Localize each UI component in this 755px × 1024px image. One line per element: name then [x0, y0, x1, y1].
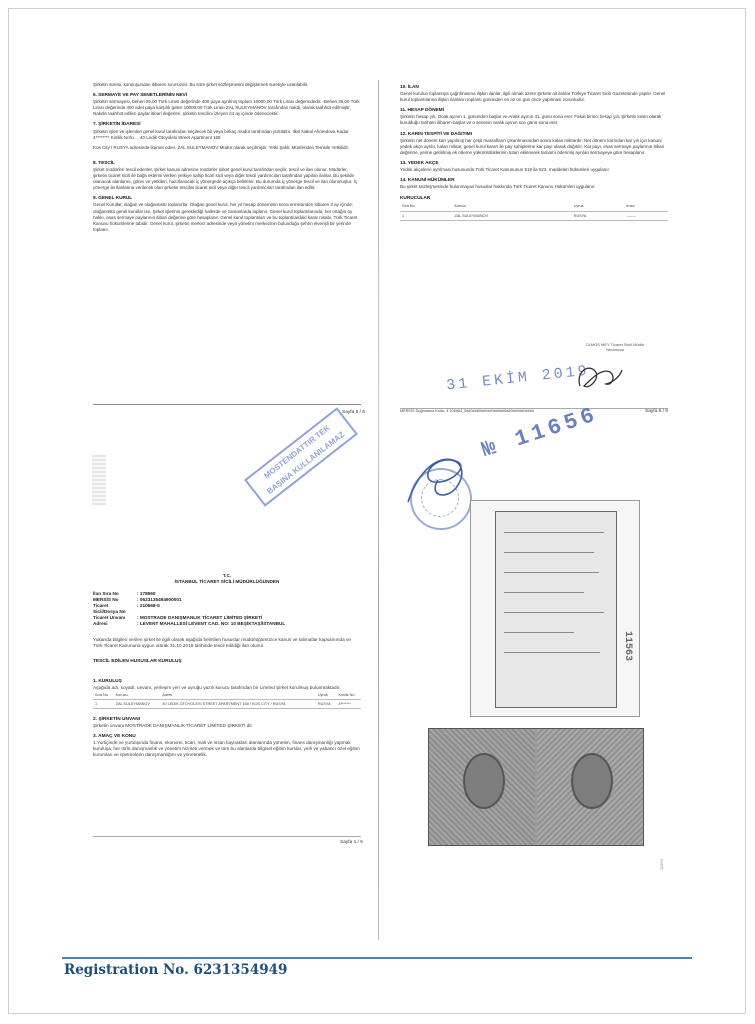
table-header: Kurucu: [453, 202, 572, 211]
table-cell: RUSYA: [316, 700, 337, 709]
intro-text: Şirketin süresi, kuruluşundan itibaren s…: [93, 82, 361, 88]
section-body: Aşağıda adı, soyadı, unvanı, yerleşim ye…: [93, 685, 361, 691]
table-cell: ZAL SULEYMANOV: [453, 211, 572, 220]
signature-label: OLMOS MEY Ticaret Sicili Müdür Yardımcıs…: [585, 342, 645, 352]
section-body: Genel kurulun toplantıya çağrılmasına il…: [400, 91, 668, 103]
page-rule: [93, 404, 361, 405]
table-cell: 1: [400, 211, 453, 220]
table-header: Uyruk: [316, 691, 337, 700]
table-cell: 1: [93, 700, 114, 709]
section-body: Genel Kurullar, olağan ve olağanüstü top…: [93, 202, 361, 232]
right-page-text: 10. İLAN Genel kurulun toplantıya çağrıl…: [400, 80, 668, 221]
field-row: Ticaret Sicil/Dosya No: 210668-5: [93, 603, 361, 615]
table-cell: 40 LEDIK OTOYOLESI STREET APARTMENT 168 …: [160, 700, 316, 709]
page-number: Sayfa 6 / 6: [645, 409, 668, 414]
field-key: Ticaret Sicil/Dosya No: [93, 603, 133, 615]
blue-signature-icon: [398, 432, 478, 522]
side-stamp-number: 11563: [659, 500, 664, 870]
table-cell: --------: [624, 211, 668, 220]
table-header: Uyruk: [572, 202, 625, 211]
page-rule: [93, 836, 361, 837]
signature-icon: [572, 356, 627, 396]
table-cell: 4*******: [336, 700, 361, 709]
mersis-line: MERSİS Doğrulama Kodu: 4 10##84_0##0##60…: [400, 409, 534, 413]
emblem-icon: [571, 753, 613, 809]
registry-page: T.C. İSTANBUL TİCARET SİCİLİ MÜDÜRLÜĞÜND…: [93, 573, 361, 758]
table-header: Sıra No: [400, 202, 453, 211]
section-body: Yedek akçelerin ayrılması hususunda Türk…: [400, 167, 668, 173]
field-row: Adresi: LEVENT MAHALLESİ LEVENT CAD. NO:…: [93, 621, 361, 627]
table-cell: RUSYA: [572, 211, 625, 220]
table-header: Kurucu: [114, 691, 161, 700]
section-body: Şirketin işleri ve işlemleri genel kurul…: [93, 129, 361, 141]
footer-rule: [62, 957, 692, 959]
page-number: Sayfa 1 / 6: [340, 840, 363, 845]
section-body: Şirketin sermayesi, beheri 25,00 Türk Li…: [93, 99, 361, 117]
side-stamp-strip: 11563: [655, 500, 673, 880]
left-page-text: Şirketin süresi, kuruluşundan itibaren s…: [93, 82, 361, 233]
photo-stamp-number: 11563: [622, 631, 633, 661]
table-cell: ZAL SULEYMANOV: [114, 700, 161, 709]
section-body: Bu şirket sözleşmesinde bulunmayan husus…: [400, 184, 668, 190]
table-row: 1 ZAL SULEYMANOV RUSYA --------: [400, 211, 668, 220]
certificate-inner: [495, 511, 617, 708]
section-body: Kos City / RUSYA adresinde ikamet eden, …: [93, 145, 361, 151]
section-body: Şirketin hesap yılı, Ocak ayının 1. günü…: [400, 114, 668, 126]
table-row: 1 ZAL SULEYMANOV 40 LEDIK OTOYOLESI STRE…: [93, 700, 361, 709]
section-body: Şirketin unvanı MOSTRADE DANIŞMANLIK TİC…: [93, 723, 361, 729]
emblem-icon: [463, 753, 505, 809]
section-body: Şirket müdürleri tescil edenler, Şirket …: [93, 167, 361, 191]
field-value: : LEVENT MAHALLESİ LEVENT CAD. NO: 10 BE…: [137, 621, 361, 627]
table-header: İmza: [624, 202, 668, 211]
registry-notice: Yukarıda bilgileri verilen şirket ile il…: [93, 637, 361, 649]
photocopied-certificate: 11563: [470, 500, 640, 717]
section-body: 1.Yurtiçinde ve yurtdışında finans, ekon…: [93, 740, 361, 758]
registered-heading: TESCİL EDİLEN HUSUSLAR KURULUŞ: [93, 659, 361, 665]
scan-smudge: [92, 455, 106, 505]
page-number: Sayfa 5 / 6: [342, 410, 365, 415]
table-header: Adres: [160, 691, 316, 700]
table-header: Sıra No: [93, 691, 114, 700]
office-heading: İSTANBUL TİCARET SİCİLİ MÜDÜRLÜĞÜNDEN: [93, 579, 361, 585]
registry-founders-table: Sıra No Kurucu Adres Uyruk Kimlik No 1 Z…: [93, 691, 361, 709]
registration-number: Registration No. 6231354949: [64, 962, 287, 978]
founders-table: Sıra No Kurucu Uyruk İmza 1 ZAL SULEYMAN…: [400, 202, 668, 220]
passport-copy: [428, 728, 644, 846]
field-key: Adresi: [93, 621, 133, 627]
table-header: Kimlik No: [336, 691, 361, 700]
field-value: : 210668-5: [137, 603, 361, 615]
page-divider: [378, 80, 379, 940]
section-body: Şirketin net dönem karı yapılmış her çeş…: [400, 138, 668, 156]
